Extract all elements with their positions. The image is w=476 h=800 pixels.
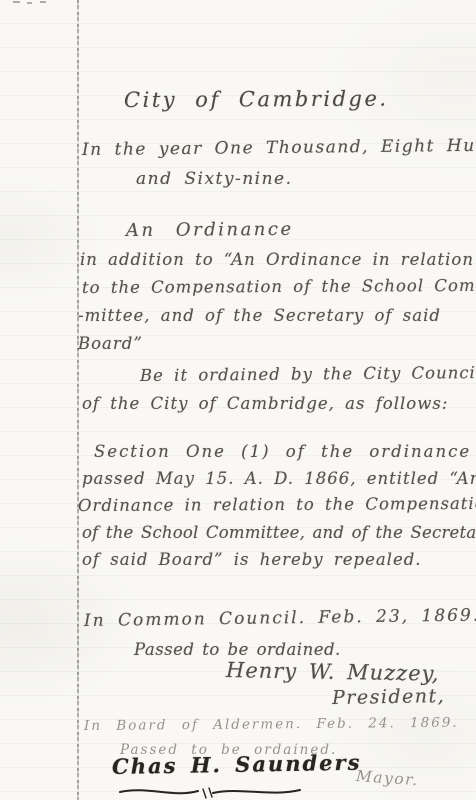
council-record-line: In Common Council. Feb. 23, 1869. xyxy=(84,606,476,631)
aldermen-record-line: In Board of Aldermen. Feb. 24. 1869. xyxy=(84,716,459,735)
president-title: President, xyxy=(332,686,446,710)
section-line-1: Section One (1) of the ordinance xyxy=(94,443,471,462)
scan-edge-mark xyxy=(13,1,20,3)
signature-flourish-icon xyxy=(118,784,328,800)
section-line-3: Ordinance in relation to the Compensatio… xyxy=(78,495,476,516)
ordinance-page: City of Cambridge. In the year One Thous… xyxy=(0,0,476,800)
council-passed-line: Passed to be ordained. xyxy=(134,641,341,660)
mayor-title: Mayor. xyxy=(355,768,419,790)
section-line-5: of said Board” is hereby repealed. xyxy=(82,551,422,570)
enacting-line-2: of the City of Cambridge, as follows: xyxy=(82,395,448,414)
scan-edge-mark xyxy=(40,1,46,3)
section-line-2: passed May 15. A. D. 1866, entitled “An xyxy=(82,470,476,489)
document-title: City of Cambridge. xyxy=(124,87,389,113)
ordinance-title-line-1: in addition to “An Ordinance in relation xyxy=(80,251,474,270)
ordinance-heading: An Ordinance xyxy=(126,220,294,242)
ordinance-title-line-3: -mittee, and of the Secretary of said xyxy=(78,307,441,326)
ordinance-title-line-2: to the Compensation of the School Com- xyxy=(82,277,476,298)
ordinance-title-line-4: Board” xyxy=(78,335,143,354)
scan-edge-mark xyxy=(27,2,32,4)
section-line-4: of the School Committee, and of the Secr… xyxy=(82,524,476,543)
year-line-1: In the year One Thousand, Eight Hundred xyxy=(82,136,476,160)
margin-fold-line xyxy=(77,0,79,800)
enacting-line-1: Be it ordained by the City Council xyxy=(140,364,476,386)
president-signature: Henry W. Muzzey, xyxy=(226,658,440,686)
mayor-signature: Chas H. Saunders xyxy=(112,751,362,779)
year-line-2: and Sixty-nine. xyxy=(136,170,293,190)
